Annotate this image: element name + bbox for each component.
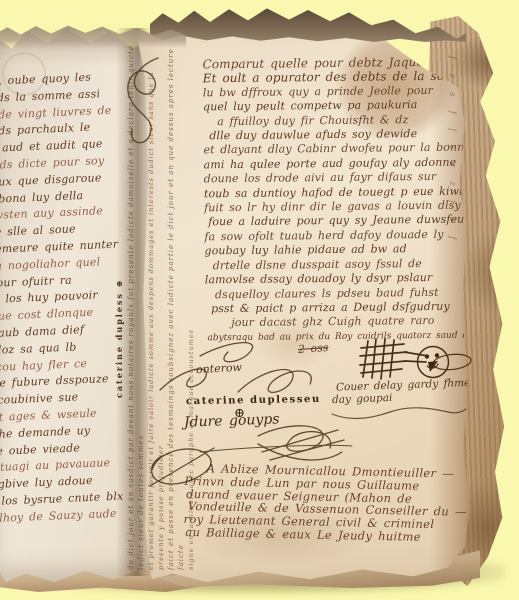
closing-clause-block: A Ablize Mournicallou Dmontieuiller —Pri… [183,462,485,545]
margin-annotation-column: signe en la minute avec paraphe et marqu… [186,36,206,570]
fore-edge-ink-marks: ſ z s f ſ j r z ſ s f [448,56,457,526]
margin-annotation-column: du dict jour et an susdict par devant no… [126,36,146,570]
manuscript-photo: me, oube quoy lesards la somme assirt de… [0,0,519,600]
doodle-caption-line2: day goupai [332,392,393,406]
margin-annotation-column: faict et passe en presence des tesmoings… [166,36,186,570]
spine-margin-annotations: du dict jour et an susdict par devant no… [126,36,208,570]
handwritten-line: abytsraqu bad au prix du Roy cuidrils qu… [207,328,457,345]
vertical-signature: caterine dupless ⊕ [114,248,124,398]
main-text-block: Comparut quelle pour debtz Jaques dspnaE… [202,55,457,346]
margin-annotation-column: et promet garantir fournir et faire valo… [146,36,166,570]
struck-out-note: 2 oss [298,341,329,356]
